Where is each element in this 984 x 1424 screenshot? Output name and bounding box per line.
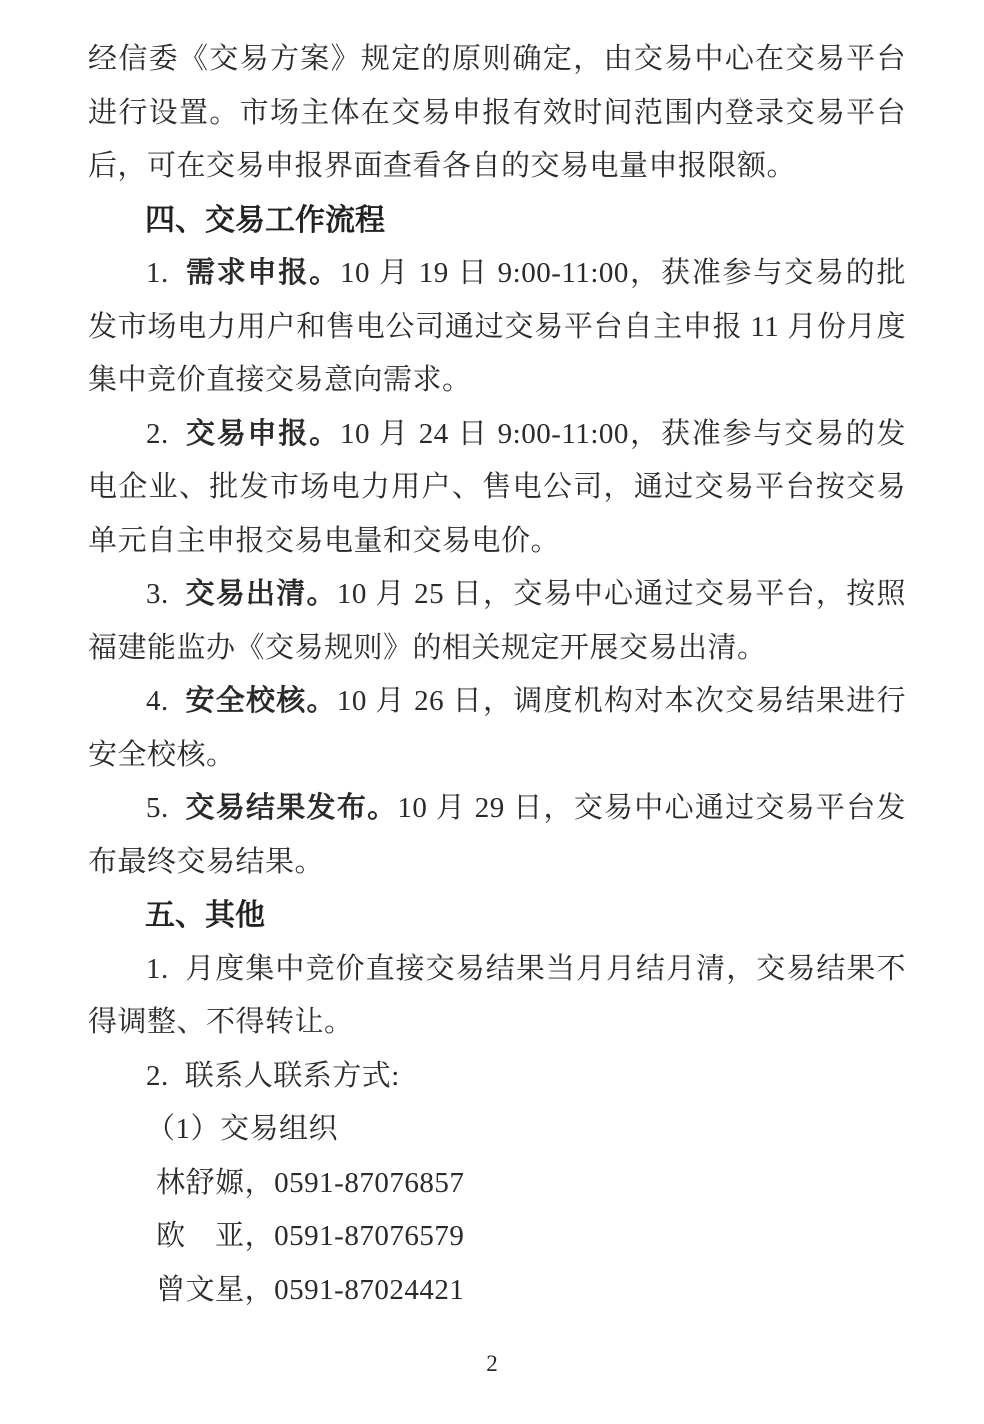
contact-phone: 0591-87024421 — [274, 1274, 464, 1306]
contact-separator: ， — [245, 1167, 275, 1199]
contact-phone: 0591-87076857 — [274, 1167, 464, 1199]
contact-line: 欧 亚，0591-87076579 — [88, 1210, 906, 1264]
item-body: 联系人联系方式: — [185, 1060, 400, 1092]
contact-name: 林舒嫄 — [156, 1167, 245, 1199]
item-title: 交易申报。 — [185, 418, 340, 450]
contact-separator: ， — [245, 1220, 275, 1252]
item-title: 交易出清。 — [185, 578, 337, 610]
contact-line: 林舒嫄，0591-87076857 — [88, 1157, 906, 1211]
item-number: 3. — [146, 578, 169, 610]
section-heading-other: 五、其他 — [88, 889, 906, 943]
intro-paragraph: 经信委《交易方案》规定的原则确定，由交易中心在交易平台进行设置。市场主体在交易申… — [88, 33, 906, 194]
workflow-item-4: 4.安全校核。10 月 26 日，调度机构对本次交易结果进行安全校核。 — [88, 675, 906, 782]
other-item-1: 1.月度集中竞价直接交易结果当月月结月清，交易结果不得调整、不得转让。 — [88, 943, 906, 1050]
other-item-2: 2.联系人联系方式: — [88, 1050, 906, 1104]
contact-line: 曾文星，0591-87024421 — [88, 1264, 906, 1318]
item-number: 2. — [146, 418, 169, 450]
workflow-item-5: 5.交易结果发布。10 月 29 日，交易中心通过交易平台发布最终交易结果。 — [88, 782, 906, 889]
contact-name: 曾文星 — [156, 1274, 245, 1306]
contact-phone: 0591-87076579 — [274, 1220, 464, 1252]
item-number: 1. — [146, 257, 169, 289]
item-title: 交易结果发布。 — [185, 792, 398, 824]
item-number: 1. — [146, 953, 169, 985]
item-number: 2. — [146, 1060, 169, 1092]
document-page: 经信委《交易方案》规定的原则确定，由交易中心在交易平台进行设置。市场主体在交易申… — [0, 0, 984, 1424]
item-number: 5. — [146, 792, 169, 824]
item-title: 需求申报。 — [185, 257, 340, 289]
workflow-item-3: 3.交易出清。10 月 25 日，交易中心通过交易平台，按照福建能监办《交易规则… — [88, 568, 906, 675]
item-body: 月度集中竞价直接交易结果当月月结月清，交易结果不得调整、不得转让。 — [88, 953, 906, 1039]
contact-group-label: （1）交易组织 — [88, 1103, 906, 1157]
section-heading-workflow: 四、交易工作流程 — [88, 194, 906, 248]
page-number: 2 — [0, 1350, 984, 1378]
item-number: 4. — [146, 685, 169, 717]
contact-separator: ， — [245, 1274, 275, 1306]
workflow-item-2: 2.交易申报。10 月 24 日 9:00-11:00，获准参与交易的发电企业、… — [88, 408, 906, 569]
item-title: 安全校核。 — [185, 685, 337, 717]
workflow-item-1: 1.需求申报。10 月 19 日 9:00-11:00，获准参与交易的批发市场电… — [88, 247, 906, 408]
contact-name: 欧 亚 — [156, 1220, 245, 1252]
